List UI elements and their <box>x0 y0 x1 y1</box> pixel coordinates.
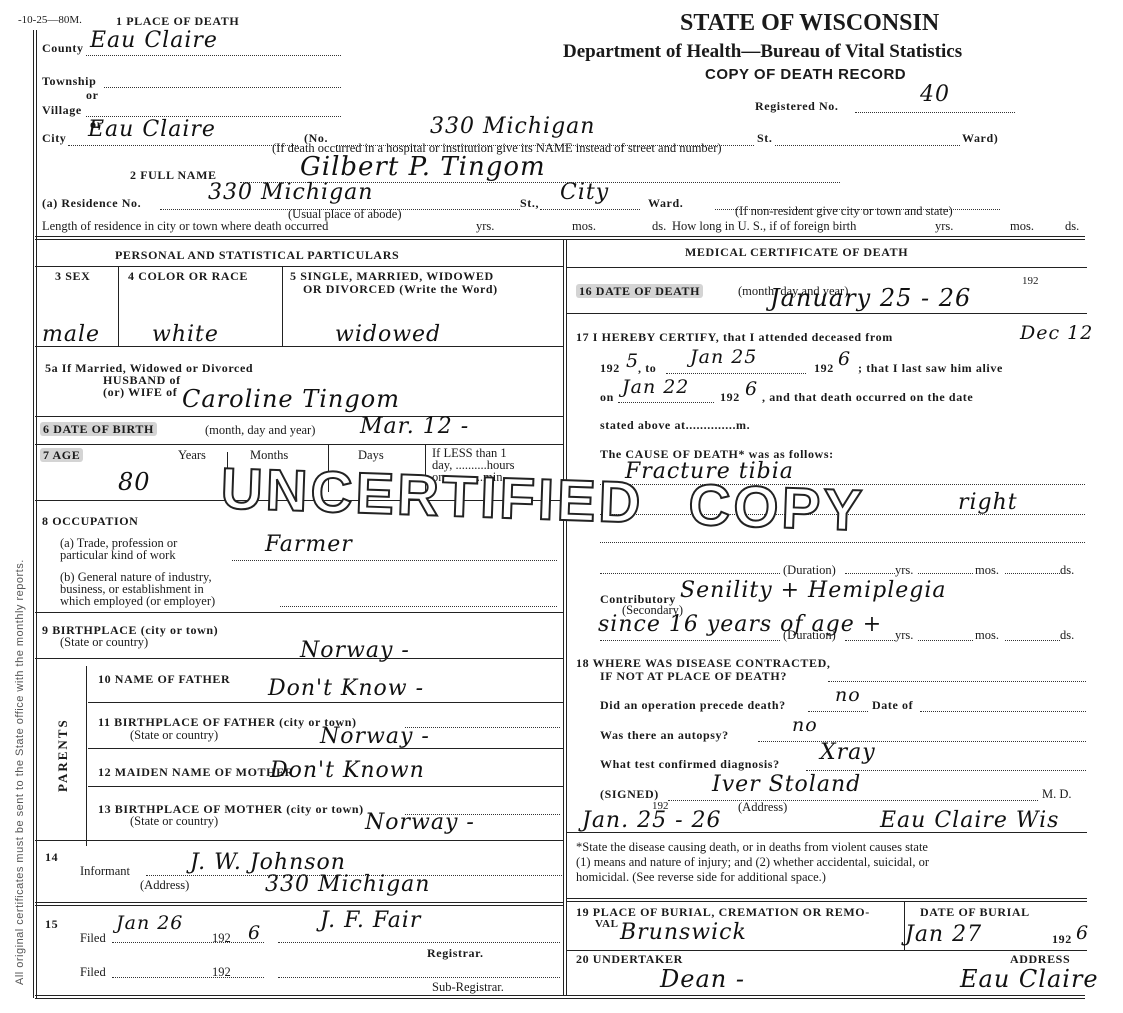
father-value: Don't Know - <box>268 676 424 701</box>
top-section-divider <box>35 236 1085 240</box>
county-value: Eau Claire <box>90 28 218 53</box>
informant-num: 14 <box>45 850 58 865</box>
us-yrs: yrs. <box>935 219 953 234</box>
length-ds: ds. <box>652 219 666 234</box>
filed-year-prefix: 192 <box>212 931 231 946</box>
full-name-value: Gilbert P. Tingom <box>300 152 546 182</box>
county-label: County <box>42 41 84 56</box>
occ-b-label-3: which employed (or employer) <box>60 594 215 609</box>
dod-value: January 25 - 26 <box>770 284 971 312</box>
side-note: All original certificates must be sent t… <box>14 559 26 985</box>
mother-label: 12 MAIDEN NAME OF MOTHER <box>98 765 294 780</box>
nonresident-note: (If non-resident give city or town and s… <box>735 204 953 219</box>
department-title: Department of Health—Bureau of Vital Sta… <box>563 41 962 63</box>
date-of-label: Date of <box>872 698 913 713</box>
us-mos: mos. <box>1010 219 1034 234</box>
signed-label: (SIGNED) <box>600 787 659 802</box>
signature-address: Eau Claire Wis <box>880 808 1059 833</box>
form-code: -10-25—80M. <box>18 14 82 26</box>
age-label-text: 7 AGE <box>40 448 83 462</box>
registrar-signature: J. F. Fair <box>320 908 421 933</box>
md-label: M. D. <box>1042 787 1072 802</box>
dod-label-text: 16 DATE OF DEATH <box>576 284 703 298</box>
autopsy-value: no <box>792 714 818 736</box>
registered-label: Registered No. <box>755 99 839 114</box>
occ-a-label-2: particular kind of work <box>60 548 176 563</box>
cert-occurred-label: , and that death occurred on the date <box>762 390 973 405</box>
undertaker-value: Dean - <box>660 965 745 993</box>
footnote-2: (1) means and nature of injury; and (2) … <box>576 855 929 870</box>
registered-no: 40 <box>920 82 950 107</box>
center-divider <box>563 240 567 995</box>
burial-date-value: Jan 27 <box>905 922 982 947</box>
us-residence-label: How long in U. S., if of foreign birth <box>672 219 856 234</box>
left-border <box>33 30 37 998</box>
cert-last-seen-label: ; that I last saw him alive <box>858 361 1003 376</box>
burial-date-label: DATE OF BURIAL <box>920 905 1030 920</box>
street-no-value: 330 Michigan <box>430 114 595 139</box>
marital-value: widowed <box>335 322 441 347</box>
certify-label: 17 I HEREBY CERTIFY, that I attended dec… <box>576 330 893 345</box>
sex-value: male <box>42 322 100 347</box>
cert-year-c: 6 <box>745 378 758 400</box>
informant-label: Informant <box>80 864 130 879</box>
burial-place-label: 19 PLACE OF BURIAL, CREMATION OR REMO- <box>576 905 870 920</box>
where-contracted-label-2: IF NOT AT PLACE OF DEATH? <box>600 669 787 684</box>
attended-from: Dec 12 <box>1020 322 1093 344</box>
test-value: Xray <box>820 740 876 765</box>
mother-value: Don't Known <box>270 758 425 783</box>
stamp-line-1: UNCERTIFIED <box>220 456 645 536</box>
parents-side-label: PARENTS <box>55 718 71 792</box>
footnote-3: homicidal. (See reverse side for additio… <box>576 870 826 885</box>
burial-place-label-2: VAL <box>595 918 619 930</box>
burial-year-digit: 6 <box>1076 922 1089 944</box>
signature-date: Jan. 25 - 26 <box>582 808 722 833</box>
father-label: 10 NAME OF FATHER <box>98 672 230 687</box>
duration-ds-2: ds. <box>1060 628 1074 643</box>
filed-year-digit: 6 <box>248 922 261 944</box>
informant-address-label: (Address) <box>140 878 189 893</box>
burial-year-prefix: 192 <box>1052 932 1072 947</box>
township-label: Township <box>42 74 96 89</box>
attended-to: Jan 25 <box>690 346 757 368</box>
cert-year-prefix-c: 192 <box>720 390 740 405</box>
dob-label: 6 DATE OF BIRTH <box>40 422 157 437</box>
filed-date: Jan 26 <box>116 912 183 934</box>
residence-ward-label: Ward. <box>648 196 683 211</box>
age-label: 7 AGE <box>40 448 83 463</box>
race-label: 4 COLOR OR RACE <box>128 269 248 284</box>
medical-section-title: MEDICAL CERTIFICATE OF DEATH <box>685 245 908 260</box>
occupation-label: 8 OCCUPATION <box>42 514 138 529</box>
operation-value: no <box>835 684 861 706</box>
ward-label: Ward) <box>962 131 998 146</box>
cert-to-label: , to <box>638 361 656 376</box>
residence-st-label: St., <box>520 196 539 211</box>
village-label: Village <box>42 103 82 118</box>
personal-section-title: PERSONAL AND STATISTICAL PARTICULARS <box>115 248 399 263</box>
residence-value: 330 Michigan <box>208 180 373 205</box>
us-ds: ds. <box>1065 219 1079 234</box>
autopsy-label: Was there an autopsy? <box>600 728 729 743</box>
city-label: City <box>42 131 66 146</box>
burial-place-value: Brunswick <box>620 920 747 945</box>
cause-primary-2: right <box>958 490 1018 515</box>
dob-label-text: 6 DATE OF BIRTH <box>40 422 157 436</box>
duration-yrs-1: yrs. <box>895 563 913 578</box>
filing-num: 15 <box>45 917 58 932</box>
sex-label: 3 SEX <box>55 269 90 284</box>
duration-label-1: (Duration) <box>783 563 836 578</box>
spouse-label-3: (or) WIFE of <box>103 385 177 400</box>
cert-on-label: on <box>600 390 614 405</box>
filed2-year-prefix: 192 <box>212 965 231 980</box>
st-label: St. <box>757 131 772 146</box>
father-birthplace-label-2: (State or country) <box>130 728 218 743</box>
length-mos: mos. <box>572 219 596 234</box>
residence-city-value: City <box>560 180 609 205</box>
occupation-value: Farmer <box>265 532 353 557</box>
physician-signature: Iver Stoland <box>712 772 861 797</box>
doc-type-title: COPY OF DEATH RECORD <box>705 66 906 83</box>
test-label: What test confirmed diagnosis? <box>600 757 780 772</box>
duration-mos-2: mos. <box>975 628 999 643</box>
undertaker-address-value: Eau Claire <box>960 965 1099 993</box>
length-yrs: yrs. <box>476 219 494 234</box>
or-label-1: or <box>86 88 99 103</box>
cert-year-b: 6 <box>838 348 851 370</box>
stamp-line-2: COPY <box>687 472 866 543</box>
informant-address: 330 Michigan <box>265 872 430 897</box>
place-of-death-label: 1 PLACE OF DEATH <box>116 14 239 29</box>
registrar-label: Registrar. <box>427 946 484 961</box>
residence-label: (a) Residence No. <box>42 196 141 211</box>
cert-year-prefix-a: 192 <box>600 361 620 376</box>
subregistrar-label: Sub-Registrar. <box>432 980 504 995</box>
mother-birthplace-label-2: (State or country) <box>130 814 218 829</box>
mother-birthplace-value: Norway - <box>365 810 475 835</box>
birthplace-value: Norway - <box>300 638 410 663</box>
filed-label: Filed <box>80 931 106 946</box>
duration-label-2: (Duration) <box>783 628 836 643</box>
dob-value: Mar. 12 - <box>360 414 469 439</box>
operation-label: Did an operation precede death? <box>600 698 786 713</box>
full-name-label: 2 FULL NAME <box>130 168 217 183</box>
footnote-1: *State the disease causing death, or in … <box>576 840 928 855</box>
race-value: white <box>152 322 219 347</box>
last-seen-date: Jan 22 <box>622 376 689 398</box>
duration-yrs-2: yrs. <box>895 628 913 643</box>
age-years-value: 80 <box>118 468 151 496</box>
city-value: Eau Claire <box>88 117 216 142</box>
signature-address-label: (Address) <box>738 800 787 815</box>
birthplace-label-2: (State or country) <box>60 635 148 650</box>
contributory-cause: Senility + Hemiplegia <box>680 578 947 603</box>
dod-label: 16 DATE OF DEATH <box>576 284 703 299</box>
duration-ds-1: ds. <box>1060 563 1074 578</box>
bottom-border <box>35 995 1085 999</box>
cert-year-prefix-b: 192 <box>814 361 834 376</box>
spouse-value: Caroline Tingom <box>182 385 400 413</box>
length-residence-label: Length of residence in city or town wher… <box>42 219 328 234</box>
state-title: STATE OF WISCONSIN <box>680 10 939 37</box>
filed2-label: Filed <box>80 965 106 980</box>
dod-year-prefix: 192 <box>1022 275 1039 287</box>
duration-mos-1: mos. <box>975 563 999 578</box>
dob-sub: (month, day and year) <box>205 423 315 438</box>
marital-label-2: OR DIVORCED (Write the Word) <box>303 282 498 297</box>
years-label: Years <box>178 448 206 463</box>
father-birthplace-value: Norway - <box>320 724 430 749</box>
stated-above-label: stated above at..............m. <box>600 418 750 433</box>
contributory-cause-2: since 16 years of age + <box>598 612 882 637</box>
